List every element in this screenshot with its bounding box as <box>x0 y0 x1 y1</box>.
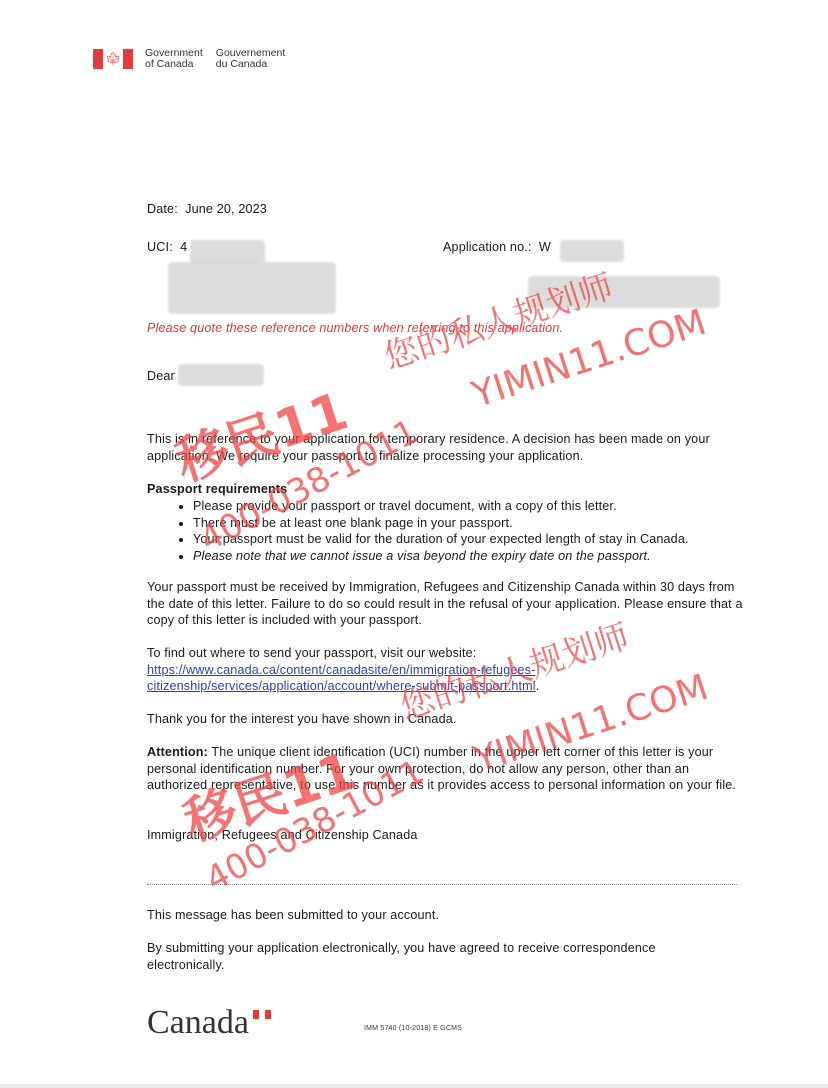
dotted-divider <box>147 884 737 885</box>
redacted-application-number <box>560 240 624 262</box>
website-paragraph: To find out where to send your passport,… <box>147 645 767 695</box>
requirements-list: Please provide your passport or travel d… <box>175 498 689 564</box>
submitted-note: This message has been submitted to your … <box>147 907 439 924</box>
uci-field: UCI: 4 <box>147 239 187 256</box>
reference-note: Please quote these reference numbers whe… <box>147 320 563 337</box>
redacted-name-block <box>168 262 336 314</box>
application-number-field: Application no.: W <box>443 239 551 256</box>
government-of-canada-logo: 🍁︎ Government of Canada Gouvernement du … <box>93 48 285 70</box>
requirements-title: Passport requirements <box>147 481 287 498</box>
letter-date: Date: June 20, 2023 <box>147 201 267 218</box>
deadline-paragraph: Your passport must be received by Immigr… <box>147 579 747 629</box>
list-item: Please note that we cannot issue a visa … <box>193 548 689 565</box>
canada-wordmark: Canada <box>147 1004 249 1042</box>
wordmark-flag-icon <box>253 1010 271 1019</box>
salutation: Dear <box>147 368 175 385</box>
logo-english: Government of Canada <box>145 48 203 70</box>
list-item: Please provide your passport or travel d… <box>193 498 689 515</box>
list-item: Your passport must be valid for the dura… <box>193 531 689 548</box>
intro-paragraph: This is in reference to your application… <box>147 431 747 464</box>
canada-flag-icon: 🍁︎ <box>93 49 133 69</box>
form-code: IMM 5740 (10-2018) E GCMS <box>364 1025 462 1032</box>
passport-submission-link[interactable]: https://www.canada.ca/content/canadasite… <box>147 663 536 694</box>
redacted-recipient-name <box>178 364 264 386</box>
logo-french: Gouvernement du Canada <box>216 48 285 70</box>
thanks-line: Thank you for the interest you have show… <box>147 711 457 728</box>
redacted-address-block <box>528 276 720 308</box>
list-item: There must be at least one blank page in… <box>193 515 689 532</box>
redacted-uci <box>190 240 265 264</box>
attention-paragraph: Attention: The unique client identificat… <box>147 744 747 794</box>
electronic-note: By submitting your application electroni… <box>147 940 707 973</box>
signature: Immigration, Refugees and Citizenship Ca… <box>147 827 418 844</box>
letter-page: 🍁︎ Government of Canada Gouvernement du … <box>0 0 828 1084</box>
